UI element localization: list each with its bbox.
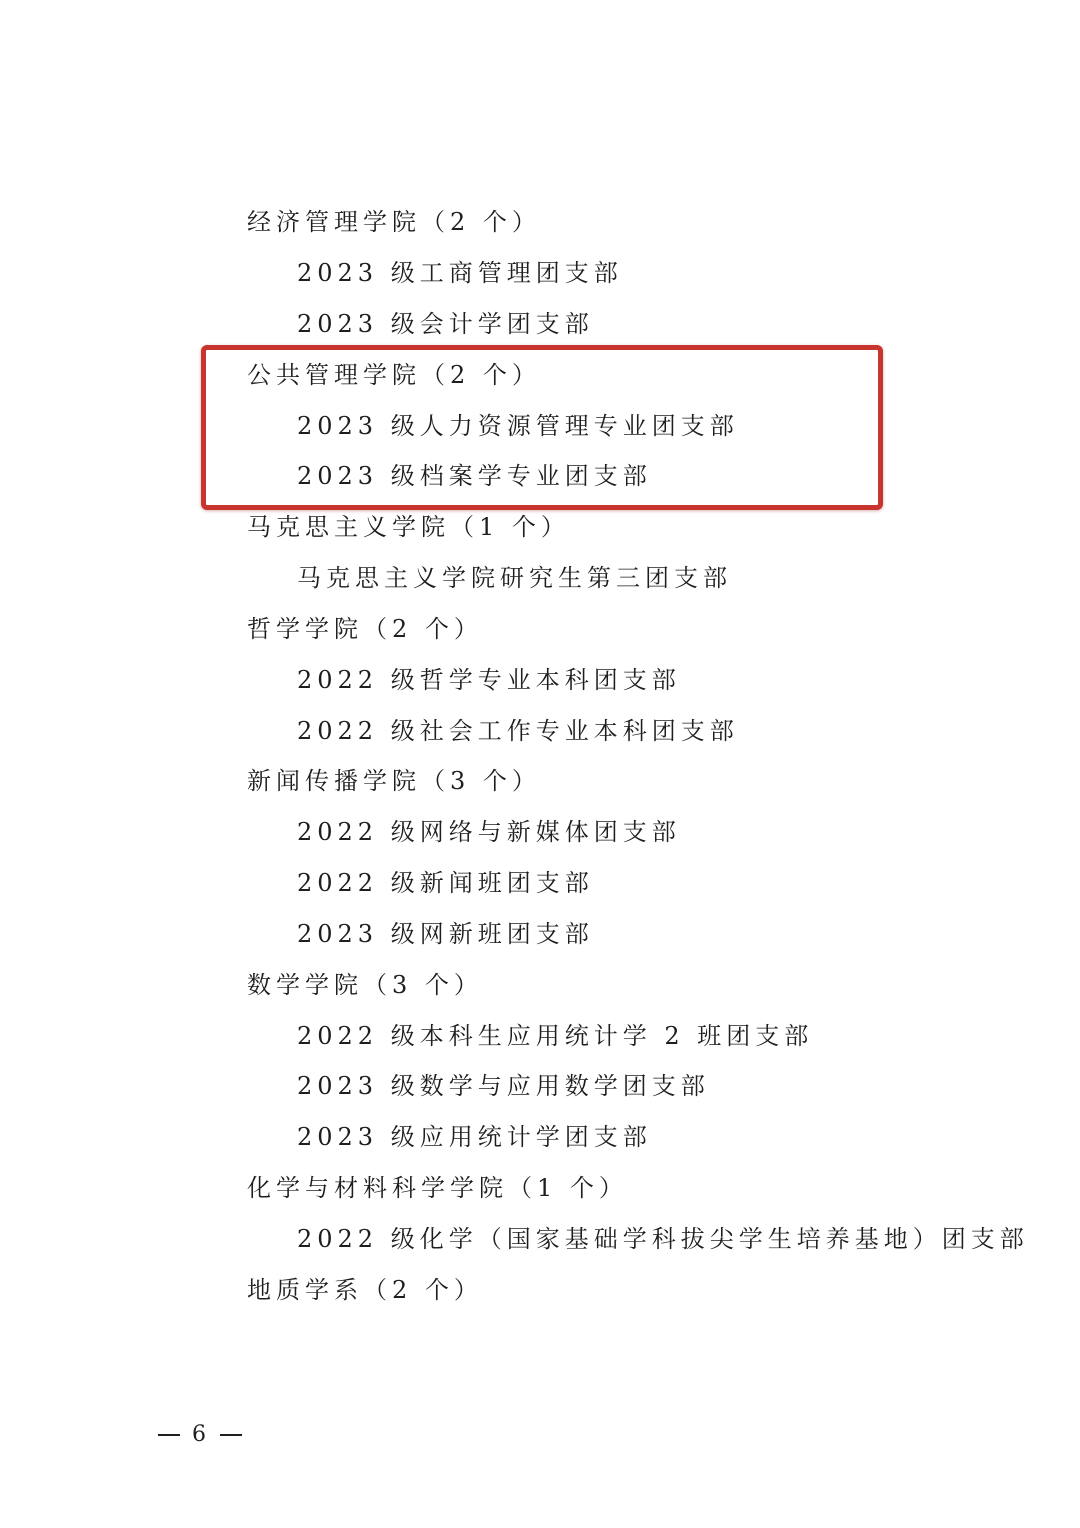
branch-item: 2023 级网新班团支部 (297, 919, 594, 949)
page-number: 6 (146, 1420, 254, 1450)
document-page: 经济管理学院（2 个） 2023 级工商管理团支部 2023 级会计学团支部 公… (0, 0, 1080, 1528)
college-heading: 马克思主义学院（1 个） (247, 512, 570, 542)
college-heading: 地质学系（2 个） (247, 1275, 483, 1305)
branch-item: 2022 级社会工作专业本科团支部 (297, 716, 739, 746)
college-heading: 公共管理学院（2 个） (247, 360, 541, 390)
branch-item: 2022 级新闻班团支部 (297, 868, 594, 898)
college-heading: 化学与材料科学学院（1 个） (247, 1173, 628, 1203)
college-heading: 经济管理学院（2 个） (247, 207, 541, 237)
college-heading: 数学学院（3 个） (247, 970, 483, 1000)
dash-left (158, 1434, 180, 1436)
branch-item: 2023 级工商管理团支部 (297, 258, 623, 288)
branch-item: 2023 级人力资源管理专业团支部 (297, 411, 739, 441)
branch-item: 2023 级档案学专业团支部 (297, 461, 652, 491)
branch-item: 2023 级会计学团支部 (297, 309, 594, 339)
page-number-value: 6 (192, 1422, 208, 1447)
branch-item: 2022 级网络与新媒体团支部 (297, 817, 681, 847)
branch-item: 马克思主义学院研究生第三团支部 (297, 563, 732, 593)
branch-item: 2022 级化学（国家基础学科拔尖学生培养基地）团支部 (297, 1224, 1029, 1254)
dash-right (220, 1434, 242, 1436)
college-heading: 新闻传播学院（3 个） (247, 766, 541, 796)
branch-item: 2023 级应用统计学团支部 (297, 1122, 652, 1152)
branch-item: 2022 级哲学专业本科团支部 (297, 665, 681, 695)
branch-item: 2023 级数学与应用数学团支部 (297, 1071, 710, 1101)
college-heading: 哲学学院（2 个） (247, 614, 483, 644)
branch-item: 2022 级本科生应用统计学 2 班团支部 (297, 1021, 813, 1051)
